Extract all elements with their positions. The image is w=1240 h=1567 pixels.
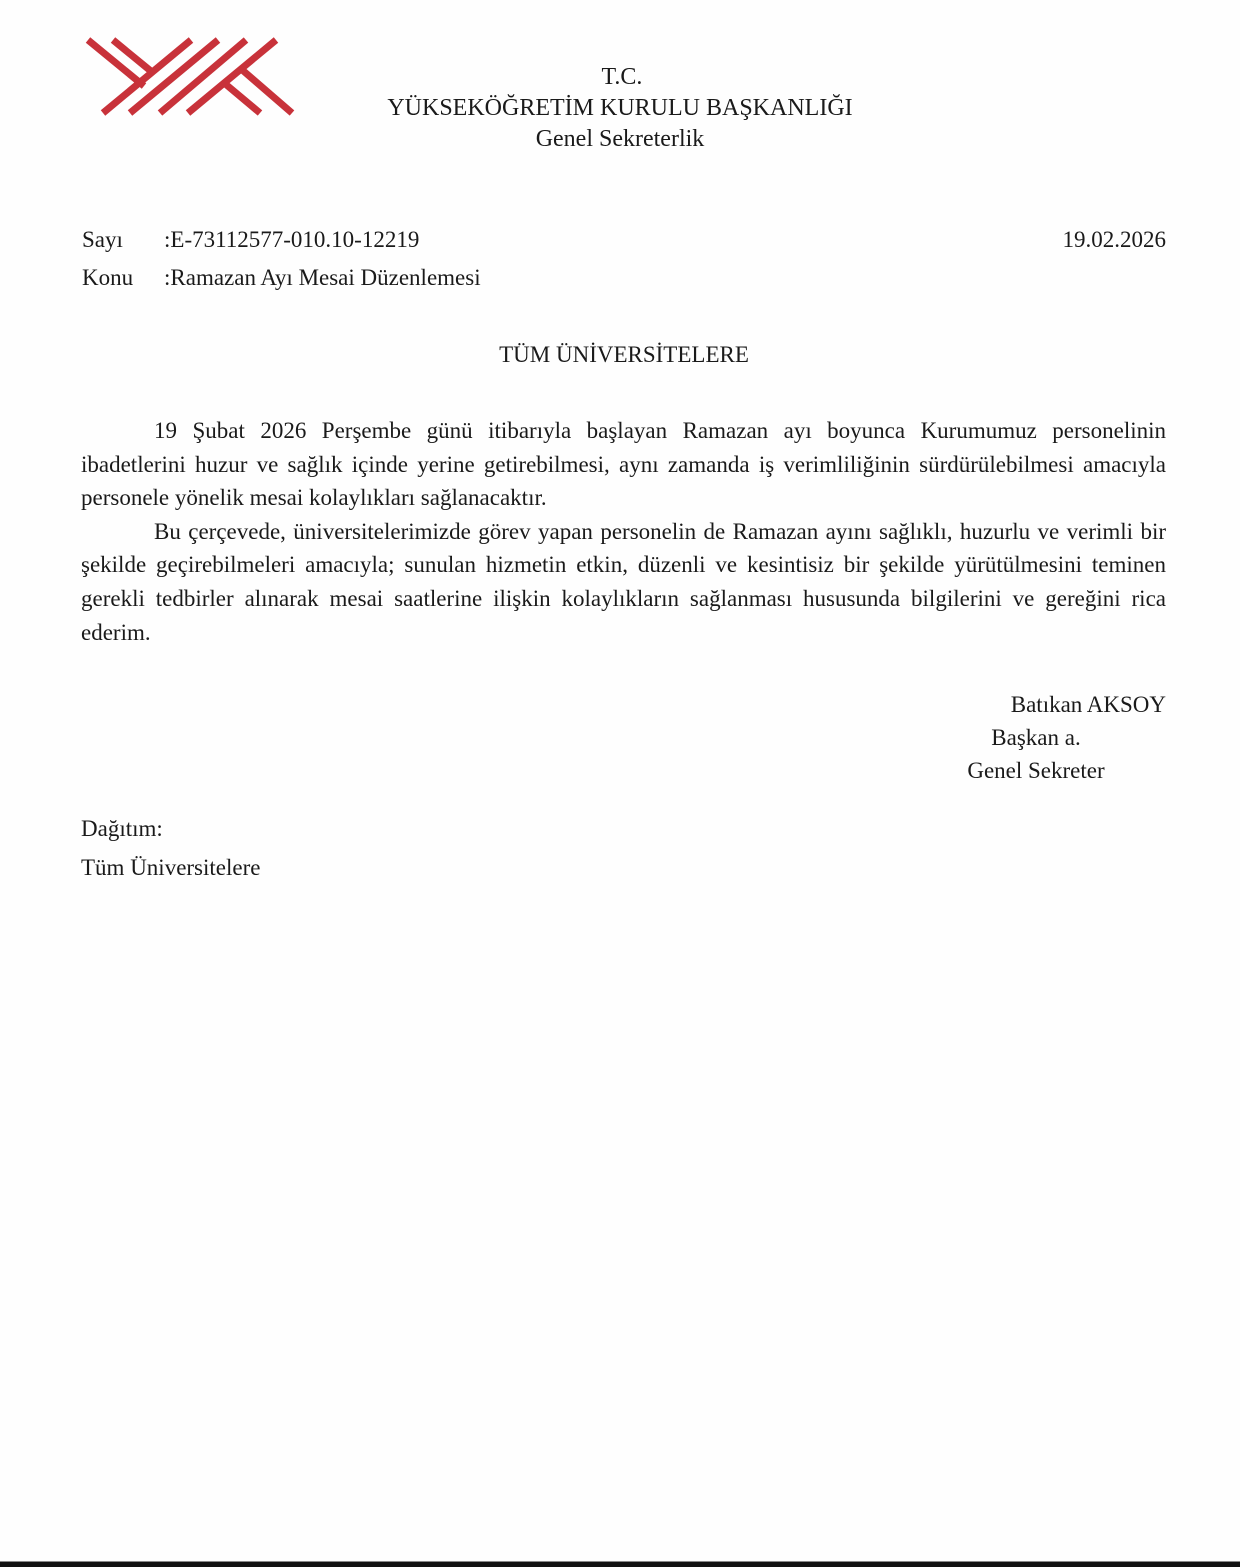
document-number-row: Sayı : E-73112577-010.10-12219 xyxy=(82,226,419,254)
letter-body: 19 Şubat 2026 Perşembe günü itibarıyla b… xyxy=(81,414,1166,649)
letterhead: T.C. YÜKSEKÖĞRETİM KURULU BAŞKANLIĞI Gen… xyxy=(0,62,1240,155)
signature-block: Batıkan AKSOY Başkan a. Genel Sekreter xyxy=(906,688,1166,787)
subject-label: Konu xyxy=(82,264,164,292)
body-paragraph: 19 Şubat 2026 Perşembe günü itibarıyla b… xyxy=(81,414,1166,515)
signatory-on-behalf: Başkan a. xyxy=(906,721,1166,754)
department-name: Genel Sekreterlik xyxy=(0,124,1240,155)
subject-row: Konu : Ramazan Ayı Mesai Düzenlemesi xyxy=(82,264,481,292)
addressee: TÜM ÜNİVERSİTELERE xyxy=(0,341,1240,369)
document-number-label: Sayı xyxy=(82,226,164,254)
document-number-value: E-73112577-010.10-12219 xyxy=(170,226,419,254)
subject-value: Ramazan Ayı Mesai Düzenlemesi xyxy=(170,264,480,292)
institution-name: YÜKSEKÖĞRETİM KURULU BAŞKANLIĞI xyxy=(0,93,1240,124)
distribution-block: Dağıtım: Tüm Üniversitelere xyxy=(81,809,260,887)
body-paragraph: Bu çerçevede, üniversitelerimizde görev … xyxy=(81,515,1166,649)
distribution-recipient: Tüm Üniversitelere xyxy=(81,848,260,887)
country-label: T.C. xyxy=(0,62,1240,93)
document-date: 19.02.2026 xyxy=(1063,226,1167,254)
bottom-edge-bar xyxy=(0,1561,1240,1567)
signatory-name: Batıkan AKSOY xyxy=(906,688,1166,721)
distribution-label: Dağıtım: xyxy=(81,809,260,848)
signatory-title: Genel Sekreter xyxy=(906,754,1166,787)
